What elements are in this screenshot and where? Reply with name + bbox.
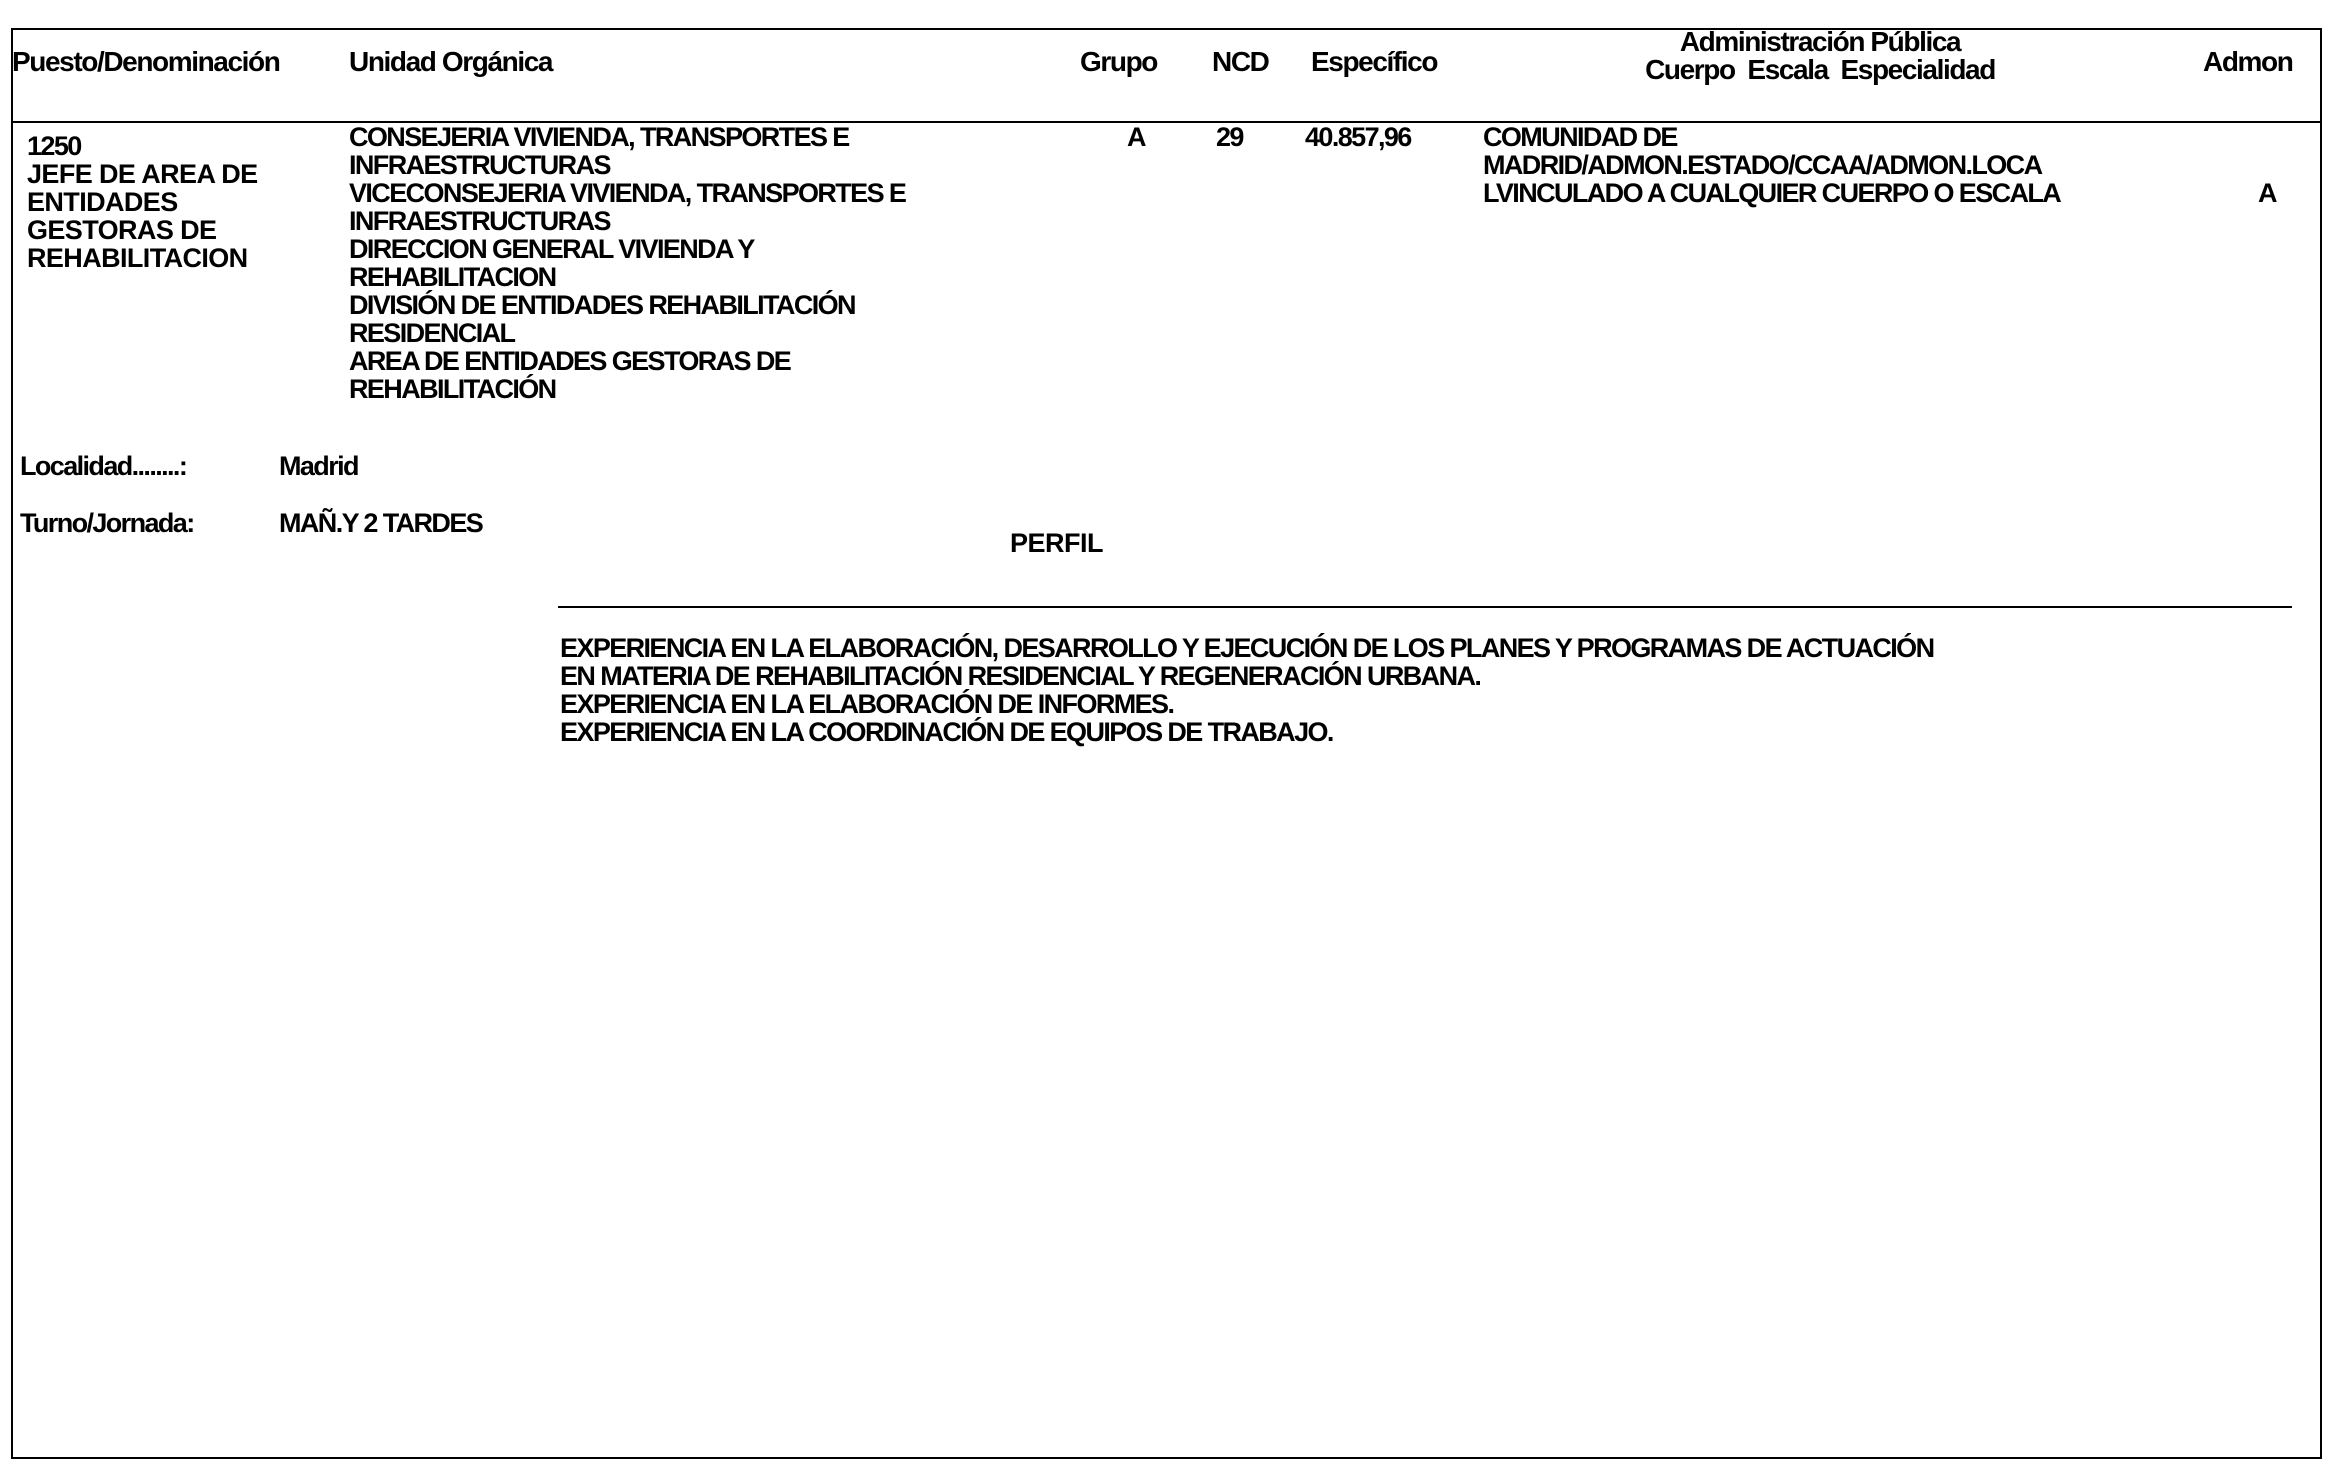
unidad-organica-line: INFRAESTRUCTURAS	[349, 151, 905, 179]
perfil-line: EXPERIENCIA EN LA ELABORACIÓN DE INFORME…	[560, 690, 1933, 718]
header-grupo: Grupo	[1080, 48, 1157, 76]
administracion-line: MADRID/ADMON.ESTADO/CCAA/ADMON.LOCA	[1483, 151, 2060, 179]
turno-value: MAÑ.Y 2 TARDES	[279, 509, 482, 537]
header-ncd: NCD	[1212, 48, 1268, 76]
localidad-value: Madrid	[279, 452, 358, 480]
unidad-organica-line: CONSEJERIA VIVIENDA, TRANSPORTES E	[349, 123, 905, 151]
perfil-line: EXPERIENCIA EN LA ELABORACIÓN, DESARROLL…	[560, 634, 1933, 662]
grupo-value: A	[1127, 123, 1145, 151]
ncd-value: 29	[1216, 123, 1243, 151]
unidad-organica-list: CONSEJERIA VIVIENDA, TRANSPORTES EINFRAE…	[349, 123, 905, 403]
perfil-line: EXPERIENCIA EN LA COORDINACIÓN DE EQUIPO…	[560, 718, 1933, 746]
perfil-line: EN MATERIA DE REHABILITACIÓN RESIDENCIAL…	[560, 662, 1933, 690]
perfil-title: PERFIL	[1010, 529, 1103, 557]
unidad-organica-line: DIRECCION GENERAL VIVIENDA Y	[349, 235, 905, 263]
header-puesto: Puesto/Denominación	[12, 48, 279, 76]
perfil-text: EXPERIENCIA EN LA ELABORACIÓN, DESARROLL…	[560, 634, 1933, 746]
unidad-organica-line: VICECONSEJERIA VIVIENDA, TRANSPORTES E	[349, 179, 905, 207]
unidad-organica-line: REHABILITACIÓN	[349, 375, 905, 403]
admon-value: A	[2258, 179, 2276, 207]
unidad-organica-line: DIVISIÓN DE ENTIDADES REHABILITACIÓN	[349, 291, 905, 319]
especifico-value: 40.857,96	[1305, 123, 1411, 151]
header-especifico: Específico	[1311, 48, 1437, 76]
turno-label: Turno/Jornada:	[20, 509, 194, 537]
header-cuerpo-escala-especialidad: Cuerpo Escala Especialidad	[1600, 56, 2040, 84]
administracion-line: LVINCULADO A CUALQUIER CUERPO O ESCALA	[1483, 179, 2060, 207]
unidad-organica-line: AREA DE ENTIDADES GESTORAS DE	[349, 347, 905, 375]
header-unidad-organica: Unidad Orgánica	[349, 48, 552, 76]
unidad-organica-line: INFRAESTRUCTURAS	[349, 207, 905, 235]
header-administracion-publica: Administración Pública	[1600, 28, 2040, 56]
puesto-codigo: 1250	[27, 132, 81, 160]
header-admon: Admon	[2203, 48, 2292, 76]
administracion-line: COMUNIDAD DE	[1483, 123, 2060, 151]
perfil-divider	[558, 606, 2292, 608]
puesto-denominacion: JEFE DE AREA DE ENTIDADES GESTORAS DE RE…	[27, 160, 258, 272]
unidad-organica-line: REHABILITACION	[349, 263, 905, 291]
localidad-label: Localidad........:	[20, 452, 186, 480]
administracion-list: COMUNIDAD DEMADRID/ADMON.ESTADO/CCAA/ADM…	[1483, 123, 2060, 207]
unidad-organica-line: RESIDENCIAL	[349, 319, 905, 347]
